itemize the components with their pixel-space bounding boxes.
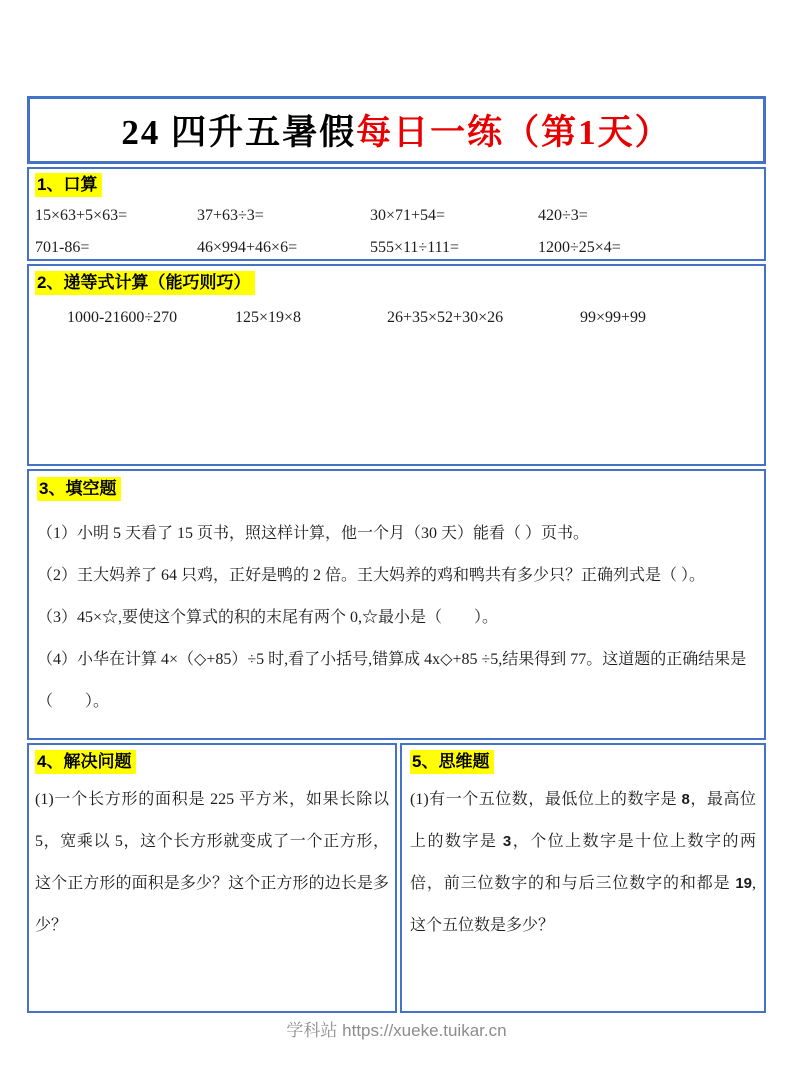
bold-number: 19 [735,875,752,892]
section5-heading: 5、思维题 [410,750,494,774]
problem: 125×19×8 [235,309,387,327]
footer-credit: 学科站 https://xueke.tuikar.cn [0,1016,793,1041]
section1-heading: 1、口算 [35,173,102,197]
bold-number: 3 [503,833,511,850]
section3-heading: 3、填空题 [37,477,121,501]
oral-calc-row-1: 15×63+5×63= 37+63÷3= 30×71+54= 420÷3= [35,206,758,226]
problem: 37+63÷3= [197,206,370,226]
section-step-calculation: 2、递等式计算（能巧则巧） 1000-21600÷270 125×19×8 26… [27,264,766,466]
title-prefix: 24 四升五暑假 [121,105,356,155]
problem: 701-86= [35,238,197,258]
section-thinking-question: 5、思维题 (1)有一个五位数，最低位上的数字是 8，最高位上的数字是 3，个位… [400,743,766,1013]
step-calc-problems: 1000-21600÷270 125×19×8 26+35×52+30×26 9… [35,309,758,327]
section4-heading: 4、解决问题 [35,750,136,774]
solving-question-1: (1)一个长方形的面积是 225 平方米，如果长除以 5，宽乘以 5，这个长方形… [35,779,389,947]
title-highlight: 每日一练（第1天） [356,105,672,155]
problem: 420÷3= [538,206,758,226]
section-problem-solving: 4、解决问题 (1)一个长方形的面积是 225 平方米，如果长除以 5，宽乘以 … [27,743,397,1013]
worksheet-title: 24 四升五暑假每日一练（第1天） [27,96,766,164]
problem: 1200÷25×4= [538,238,758,258]
problem: 15×63+5×63= [35,206,197,226]
problem: 30×71+54= [370,206,538,226]
thinking-question-1: (1)有一个五位数，最低位上的数字是 8，最高位上的数字是 3，个位上数字是十位… [410,779,756,947]
problem: 26+35×52+30×26 [387,309,580,327]
section-oral-calculation: 1、口算 15×63+5×63= 37+63÷3= 30×71+54= 420÷… [27,167,766,261]
fill-question-3: （3）45×☆,要使这个算式的积的末尾有两个 0,☆最小是（ ）。 [37,597,756,639]
fill-question-4: （4）小华在计算 4×（◇+85）÷5 时,看了小括号,错算成 4x◇+85 ÷… [37,639,756,723]
problem: 1000-21600÷270 [67,309,235,327]
problem: 555×11÷111= [370,238,538,258]
problem: 99×99+99 [580,309,758,327]
worksheet-page: 24 四升五暑假每日一练（第1天） 1、口算 15×63+5×63= 37+63… [0,0,793,1068]
section-fill-in-blanks: 3、填空题 （1）小明 5 天看了 15 页书，照这样计算，他一个月（30 天）… [27,469,766,740]
fill-question-2: （2）王大妈养了 64 只鸡，正好是鸭的 2 倍。王大妈养的鸡和鸭共有多少只？正… [37,555,756,597]
bold-number: 8 [682,791,690,808]
fill-question-1: （1）小明 5 天看了 15 页书，照这样计算，他一个月（30 天）能看（ ）页… [37,513,756,555]
oral-calc-row-2: 701-86= 46×994+46×6= 555×11÷111= 1200÷25… [35,238,758,258]
problem: 46×994+46×6= [197,238,370,258]
text-run: (1)有一个五位数，最低位上的数字是 [410,791,682,808]
section2-heading: 2、递等式计算（能巧则巧） [35,271,255,295]
